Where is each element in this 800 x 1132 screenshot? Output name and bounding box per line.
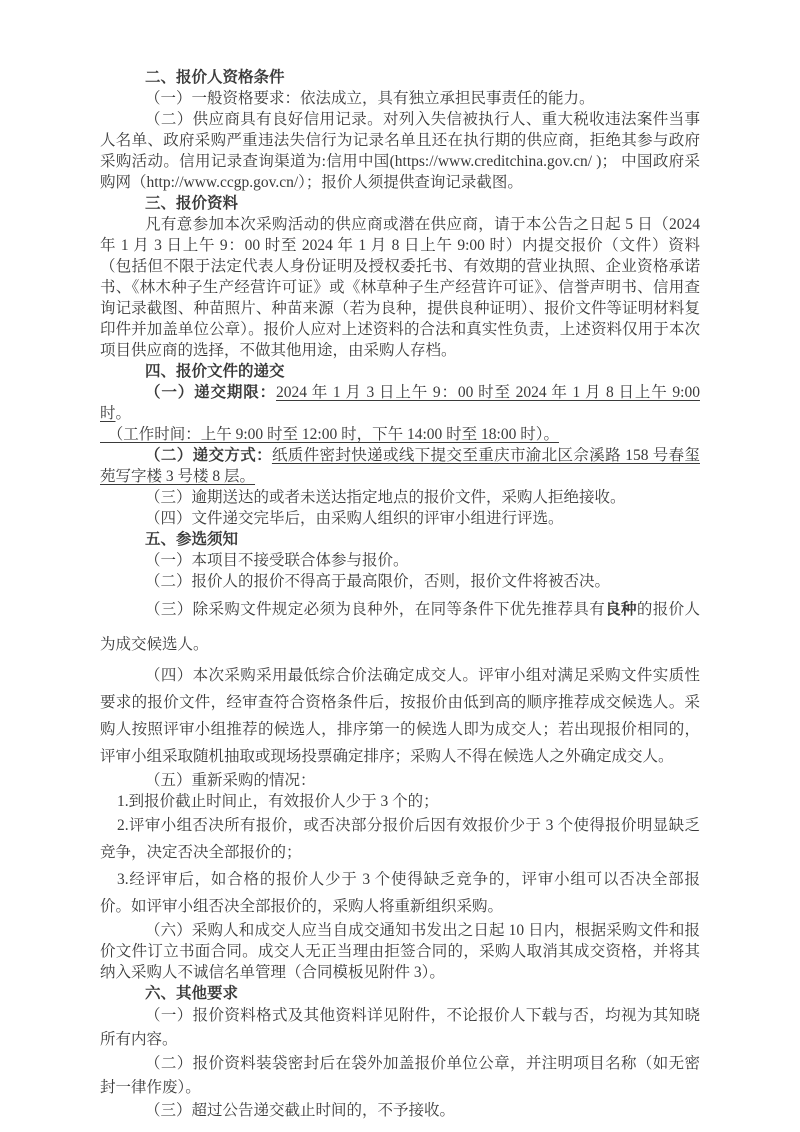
text-segment: （一）本项目不接受联合体参与报价。 <box>145 552 409 569</box>
text-segment: （工作时间：上午 9:00 时至 12:00 时，下午 14:00 时至 18:… <box>100 426 559 443</box>
text-segment: （六）采购人和成交人应当自成交通知书发出之日起 10 日内，根据采购文件和报价文… <box>100 922 700 981</box>
text-segment: （一）递交期限： <box>145 384 276 401</box>
document-page: 二、报价人资格条件（一）一般资格要求：依法成立，具有独立承担民事责任的能力。（二… <box>0 0 800 1132</box>
text-segment: （三）超过公告递交截止时间的，不予接收。 <box>145 1102 455 1119</box>
text-segment: 1.到报价截止时间止，有效报价人少于 3 个的； <box>117 793 439 810</box>
para-6-3: （三）超过公告递交截止时间的，不予接收。 <box>100 1100 700 1121</box>
text-segment: （一）报价资料格式及其他资料详见附件，不论报价人下载与否，均视为其知晓所有内容。 <box>100 1007 700 1048</box>
text-segment: 凡有意参加本次采购活动的供应商或潜在供应商，请于本公告之日起 5 日（2024 … <box>100 216 700 359</box>
para-2-2: （二）供应商具有良好信用记录。对列入失信被执行人、重大税收违法案件当事人名单、政… <box>100 109 700 193</box>
text-segment: （三）除采购文件规定必须为良种外，在同等条件下优先推荐具有 <box>145 601 605 618</box>
para-4-4: （四）文件递交完毕后，由采购人组织的评审小组进行评选。 <box>100 508 700 529</box>
text-segment: 良种 <box>605 601 637 618</box>
para-5-6: （六）采购人和成交人应当自成交通知书发出之日起 10 日内，根据采购文件和报价文… <box>100 920 700 983</box>
text-segment: （二）供应商具有良好信用记录。对列入失信被执行人、重大税收违法案件当事人名单、政… <box>100 111 700 191</box>
para-4-3: （三）逾期送达的或者未送达指定地点的报价文件，采购人拒绝接收。 <box>100 487 700 508</box>
text-segment: （五）重新采购的情况： <box>145 772 316 789</box>
para-5-3: （三）除采购文件规定必须为良种外，在同等条件下优先推荐具有良种的报价人为成交候选… <box>100 592 700 662</box>
para-4-2: （二）递交方式：纸质件密封快递或线下提交至重庆市渝北区佘溪路 158 号春玺苑写… <box>100 445 700 487</box>
text-segment: （四）本次采购采用最低综合价法确定成交人。评审小组对满足采购文件实质性要求的报价… <box>100 667 700 765</box>
para-5-5-item-3: 3.经评审后，如合格的报价人少于 3 个使得缺乏竞争的，评审小组可以否决全部报价… <box>100 866 700 920</box>
text-segment: 六、其他要求 <box>145 985 238 1002</box>
para-5-1: （一）本项目不接受联合体参与报价。 <box>100 550 700 571</box>
text-segment: 三、报价资料 <box>145 195 238 212</box>
text-segment: 。 <box>116 405 132 422</box>
para-4-1: （一）递交期限：2024 年 1 月 3 日上午 9：00 时至 2024 年 … <box>100 382 700 424</box>
document-content: 二、报价人资格条件（一）一般资格要求：依法成立，具有独立承担民事责任的能力。（二… <box>100 67 700 1121</box>
heading-section-5: 五、参选须知 <box>100 529 700 550</box>
text-segment: （二）报价资料装袋密封后在袋外加盖报价单位公章，并注明项目名称（如无密封一律作废… <box>100 1055 700 1096</box>
para-5-2: （二）报价人的报价不得高于最高限价，否则，报价文件将被否决。 <box>100 571 700 592</box>
text-segment: （三）逾期送达的或者未送达指定地点的报价文件，采购人拒绝接收。 <box>145 489 626 506</box>
para-5-4: （四）本次采购采用最低综合价法确定成交人。评审小组对满足采购文件实质性要求的报价… <box>100 662 700 770</box>
para-6-1: （一）报价资料格式及其他资料详见附件，不论报价人下载与否，均视为其知晓所有内容。 <box>100 1004 700 1052</box>
heading-section-3: 三、报价资料 <box>100 193 700 214</box>
para-5-5-item-1: 1.到报价截止时间止，有效报价人少于 3 个的； <box>100 791 700 812</box>
text-segment: 四、报价文件的递交 <box>145 363 285 380</box>
text-segment: 五、参选须知 <box>145 531 238 548</box>
text-segment: （一）一般资格要求：依法成立，具有独立承担民事责任的能力。 <box>145 90 595 107</box>
heading-section-4: 四、报价文件的递交 <box>100 361 700 382</box>
heading-section-2: 二、报价人资格条件 <box>100 67 700 88</box>
text-segment: （二）报价人的报价不得高于最高限价，否则，报价文件将被否决。 <box>145 573 610 590</box>
text-segment: （四）文件递交完毕后，由采购人组织的评审小组进行评选。 <box>145 510 564 527</box>
para-6-2: （二）报价资料装袋密封后在袋外加盖报价单位公章，并注明项目名称（如无密封一律作废… <box>100 1052 700 1100</box>
text-segment: （二）递交方式： <box>145 447 272 464</box>
text-segment: 二、报价人资格条件 <box>145 69 285 86</box>
para-5-5: （五）重新采购的情况： <box>100 770 700 791</box>
text-segment: 3.经评审后，如合格的报价人少于 3 个使得缺乏竞争的，评审小组可以否决全部报价… <box>100 871 700 915</box>
para-5-5-item-2: 2.评审小组否决所有报价，或否决部分报价后因有效报价少于 3 个使得报价明显缺乏… <box>100 812 700 866</box>
heading-section-6: 六、其他要求 <box>100 983 700 1004</box>
para-3-1: 凡有意参加本次采购活动的供应商或潜在供应商，请于本公告之日起 5 日（2024 … <box>100 214 700 361</box>
para-4-1-worktime: （工作时间：上午 9:00 时至 12:00 时，下午 14:00 时至 18:… <box>100 424 700 445</box>
text-segment: 2.评审小组否决所有报价，或否决部分报价后因有效报价少于 3 个使得报价明显缺乏… <box>100 817 700 861</box>
para-2-1: （一）一般资格要求：依法成立，具有独立承担民事责任的能力。 <box>100 88 700 109</box>
